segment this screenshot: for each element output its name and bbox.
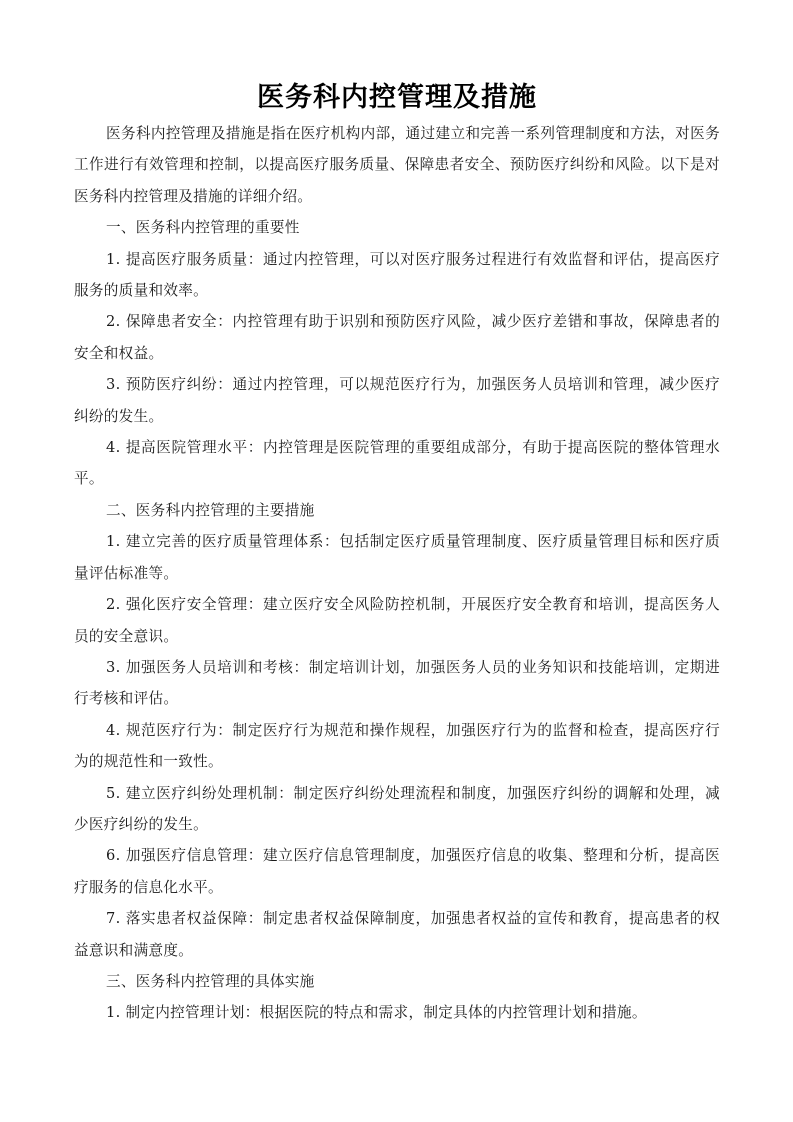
section-heading-importance: 一、医务科内控管理的重要性 <box>74 212 720 243</box>
intro-paragraph: 医务科内控管理及措施是指在医疗机构内部，通过建立和完善一系列管理制度和方法，对医… <box>74 118 720 212</box>
list-item: 3. 预防医疗纠纷：通过内控管理，可以规范医疗行为，加强医务人员培训和管理，减少… <box>74 369 720 432</box>
list-item: 1. 提高医疗服务质量：通过内控管理，可以对医疗服务过程进行有效监督和评估，提高… <box>74 244 720 307</box>
section-heading-implementation: 三、医务科内控管理的具体实施 <box>74 966 720 997</box>
list-item: 3. 加强医务人员培训和考核：制定培训计划，加强医务人员的业务知识和技能培训，定… <box>74 652 720 715</box>
list-item: 7. 落实患者权益保障：制定患者权益保障制度，加强患者权益的宣传和教育，提高患者… <box>74 903 720 966</box>
list-item: 4. 提高医院管理水平：内控管理是医院管理的重要组成部分，有助于提高医院的整体管… <box>74 432 720 495</box>
list-item: 1. 建立完善的医疗质量管理体系：包括制定医疗质量管理制度、医疗质量管理目标和医… <box>74 526 720 589</box>
document-page: 医务科内控管理及措施 医务科内控管理及措施是指在医疗机构内部，通过建立和完善一系… <box>74 78 720 1029</box>
document-title: 医务科内控管理及措施 <box>74 78 720 118</box>
list-item: 4. 规范医疗行为：制定医疗行为规范和操作规程，加强医疗行为的监督和检查，提高医… <box>74 715 720 778</box>
list-item: 6. 加强医疗信息管理：建立医疗信息管理制度，加强医疗信息的收集、整理和分析，提… <box>74 840 720 903</box>
list-item: 2. 保障患者安全：内控管理有助于识别和预防医疗风险，减少医疗差错和事故，保障患… <box>74 306 720 369</box>
section-heading-measures: 二、医务科内控管理的主要措施 <box>74 495 720 526</box>
list-item: 2. 强化医疗安全管理：建立医疗安全风险防控机制，开展医疗安全教育和培训，提高医… <box>74 589 720 652</box>
list-item: 1. 制定内控管理计划：根据医院的特点和需求，制定具体的内控管理计划和措施。 <box>74 997 720 1028</box>
list-item: 5. 建立医疗纠纷处理机制：制定医疗纠纷处理流程和制度，加强医疗纠纷的调解和处理… <box>74 778 720 841</box>
